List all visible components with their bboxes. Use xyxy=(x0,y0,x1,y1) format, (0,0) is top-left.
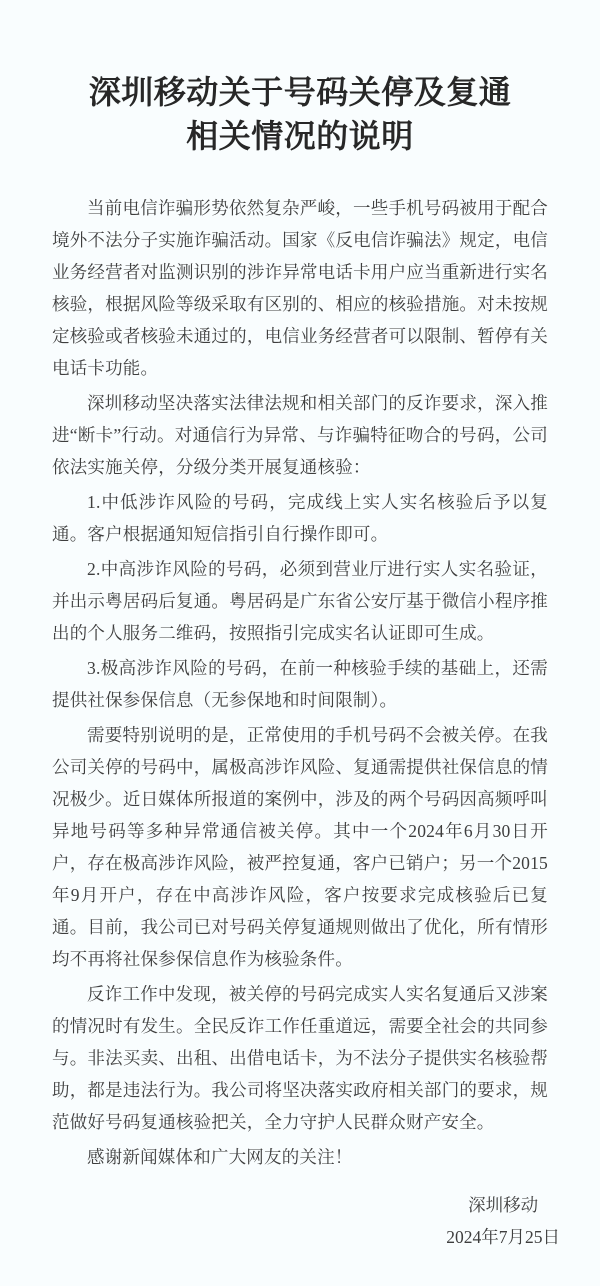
signature-inner: 深圳移动 2024年7月25日 xyxy=(446,1189,560,1253)
signature-name: 深圳移动 xyxy=(446,1189,560,1221)
document-body: 当前电信诈骗形势依然复杂严峻，一些手机号码被用于配合境外不法分子实施诈骗活动。国… xyxy=(52,192,548,1173)
paragraph-risk-item-1: 1.中低涉诈风险的号码，完成线上实人实名核验后予以复通。客户根据通知短信指引自行… xyxy=(52,486,548,550)
paragraph-antifraud-commitment: 反诈工作中发现，被关停的号码完成实人实名复通后又涉案的情况时有发生。全民反诈工作… xyxy=(52,978,548,1138)
signature-date: 2024年7月25日 xyxy=(446,1221,560,1253)
statement-document: 深圳移动关于号码关停及复通 相关情况的说明 当前电信诈骗形势依然复杂严峻，一些手… xyxy=(0,0,600,1286)
signature-block: 深圳移动 2024年7月25日 xyxy=(52,1189,548,1253)
paragraph-policy: 深圳移动坚决落实法律法规和相关部门的反诈要求，深入推进“断卡”行动。对通信行为异… xyxy=(52,387,548,483)
paragraph-risk-item-3: 3.极高涉诈风险的号码，在前一种核验手续的基础上，还需提供社保参保信息（无参保地… xyxy=(52,652,548,716)
paragraph-clarification: 需要特别说明的是，正常使用的手机号码不会被关停。在我公司关停的号码中，属极高涉诈… xyxy=(52,719,548,975)
paragraph-intro: 当前电信诈骗形势依然复杂严峻，一些手机号码被用于配合境外不法分子实施诈骗活动。国… xyxy=(52,192,548,384)
title-line-2: 相关情况的说明 xyxy=(52,114,548,158)
paragraph-risk-item-2: 2.中高涉诈风险的号码，必须到营业厅进行实人实名验证，并出示粤居码后复通。粤居码… xyxy=(52,553,548,649)
document-title: 深圳移动关于号码关停及复通 相关情况的说明 xyxy=(52,70,548,158)
paragraph-thanks: 感谢新闻媒体和广大网友的关注！ xyxy=(52,1141,548,1173)
title-line-1: 深圳移动关于号码关停及复通 xyxy=(52,70,548,114)
